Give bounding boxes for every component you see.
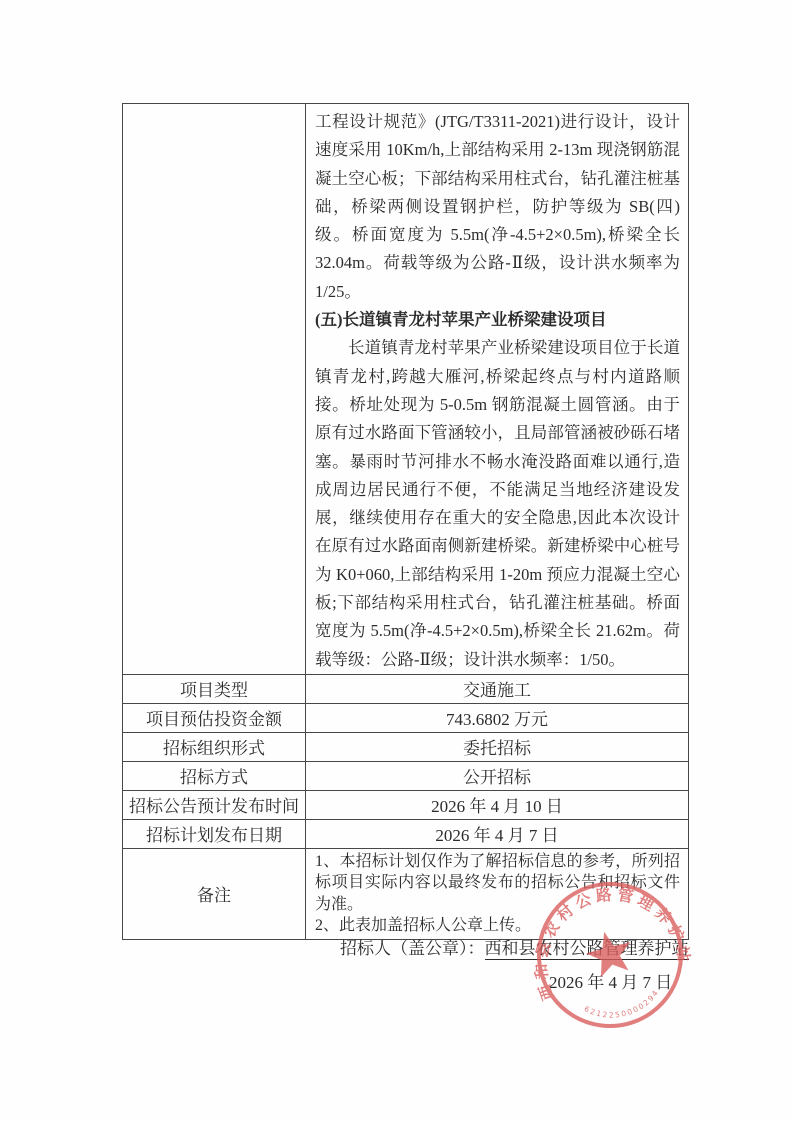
project-description-cell: 工程设计规范》(JTG/T3311-2021)进行设计，设计速度采用 10Km/… <box>306 104 689 675</box>
table-row: 招标组织形式 委托招标 <box>123 732 689 761</box>
remark-item-1: 1、本招标计划仅作为了解招标信息的参考，所列招标项目实际内容以最终发布的招标公告… <box>315 851 680 916</box>
row-label-plan-date: 招标计划发布日期 <box>123 819 306 848</box>
table-row: 招标公告预计发布时间 2026 年 4 月 10 日 <box>123 790 689 819</box>
row-value-org-form: 委托招标 <box>306 732 689 761</box>
signer-label: 招标人（盖公章）： <box>340 939 485 958</box>
signer-line: 招标人（盖公章）：西和县农村公路管理养护站 <box>340 934 689 959</box>
row-value-bid-method: 公开招标 <box>306 761 689 790</box>
tender-plan-table: 工程设计规范》(JTG/T3311-2021)进行设计，设计速度采用 10Km/… <box>122 103 689 940</box>
row-label-bid-method: 招标方式 <box>123 761 306 790</box>
description-label-cell-empty <box>123 104 306 675</box>
table-row: 项目预估投资金额 743.6802 万元 <box>123 703 689 732</box>
table-row: 招标方式 公开招标 <box>123 761 689 790</box>
description-paragraph-1: 工程设计规范》(JTG/T3311-2021)进行设计，设计速度采用 10Km/… <box>315 108 680 306</box>
row-label-org-form: 招标组织形式 <box>123 732 306 761</box>
table-row-description: 工程设计规范》(JTG/T3311-2021)进行设计，设计速度采用 10Km/… <box>123 104 689 675</box>
description-section-heading: (五)长道镇青龙村苹果产业桥梁建设项目 <box>315 306 680 334</box>
signature-date: 2026 年 4 月 7 日 <box>549 968 672 993</box>
row-label-announce-time: 招标公告预计发布时间 <box>123 790 306 819</box>
row-value-announce-time: 2026 年 4 月 10 日 <box>306 790 689 819</box>
description-paragraph-2: 长道镇青龙村苹果产业桥梁建设项目位于长道镇青龙村,跨越大雁河,桥梁起终点与村内道… <box>315 334 680 674</box>
row-label-investment: 项目预估投资金额 <box>123 703 306 732</box>
row-value-plan-date: 2026 年 4 月 7 日 <box>306 819 689 848</box>
row-value-investment: 743.6802 万元 <box>306 703 689 732</box>
row-label-project-type: 项目类型 <box>123 674 306 703</box>
table-row-remark: 备注 1、本招标计划仅作为了解招标信息的参考，所列招标项目实际内容以最终发布的招… <box>123 848 689 939</box>
remark-cell: 1、本招标计划仅作为了解招标信息的参考，所列招标项目实际内容以最终发布的招标公告… <box>306 848 689 939</box>
signer-name: 西和县农村公路管理养护站 <box>485 939 689 960</box>
row-value-project-type: 交通施工 <box>306 674 689 703</box>
scanned-page: 工程设计规范》(JTG/T3311-2021)进行设计，设计速度采用 10Km/… <box>0 0 793 1121</box>
table-row: 招标计划发布日期 2026 年 4 月 7 日 <box>123 819 689 848</box>
remark-label: 备注 <box>123 848 306 939</box>
table-row: 项目类型 交通施工 <box>123 674 689 703</box>
